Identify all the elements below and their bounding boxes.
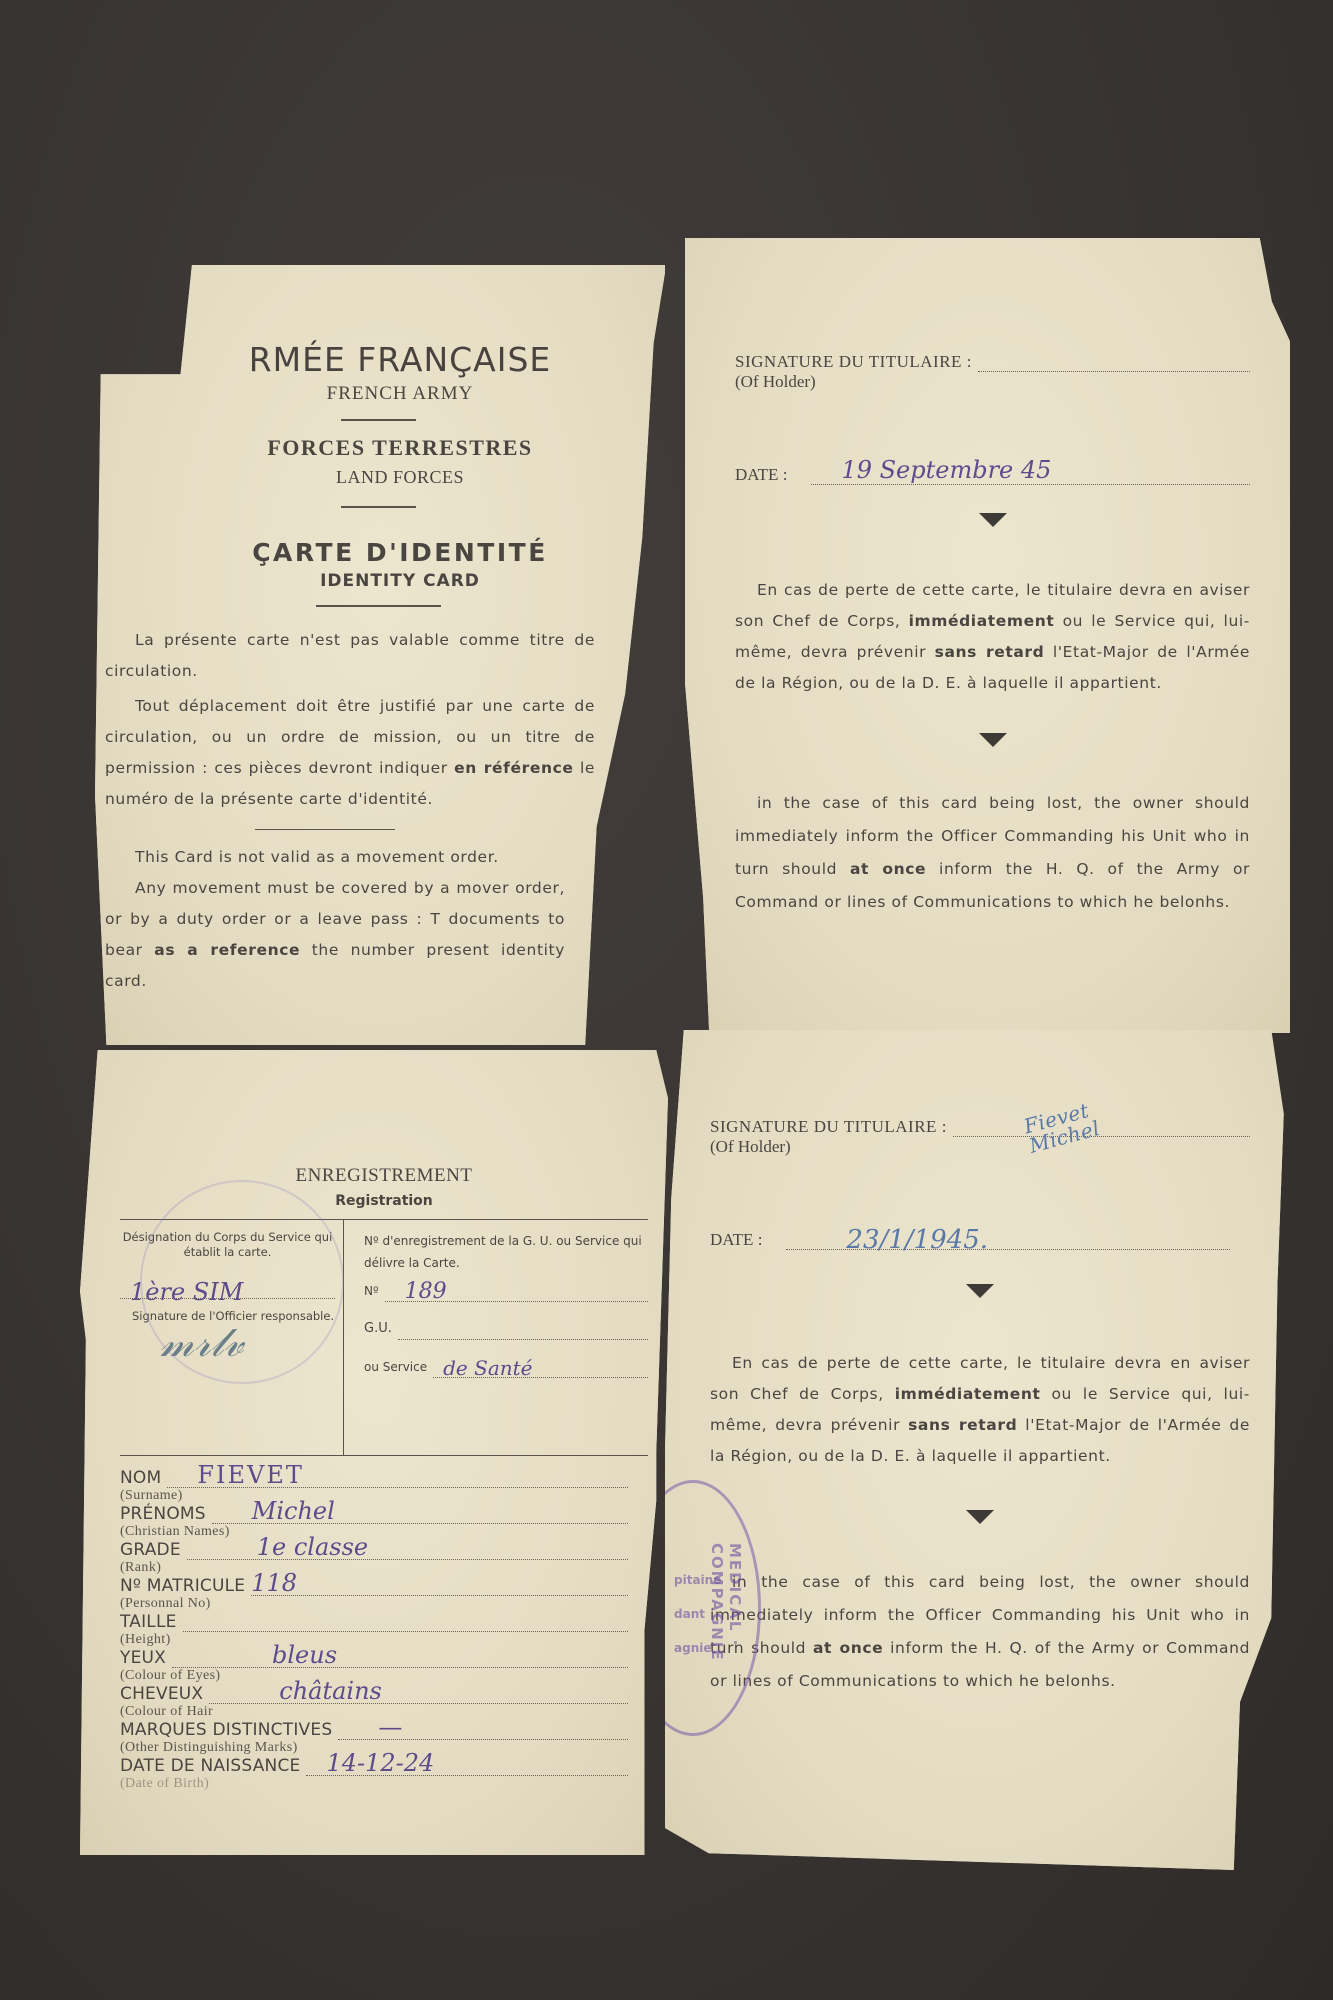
loss-notice-en: in the case of this card being lost, the… (710, 1566, 1250, 1698)
loss-notice-fr: En cas de perte de cette carte, le titul… (710, 1348, 1250, 1472)
no-label: Nº (364, 1280, 379, 1302)
date-value: 23/1/1945. (846, 1225, 988, 1255)
arrow-down-icon (979, 733, 1007, 747)
designation-value: 1ère SIM (130, 1285, 243, 1300)
rank-value: 1e classe (257, 1533, 368, 1561)
signature-row: SIGNATURE DU TITULAIRE : Fievet Michel (710, 1117, 1250, 1137)
loss-notice-fr: En cas de perte de cette carte, le titul… (735, 575, 1250, 699)
gu-row: G.U. (364, 1318, 648, 1340)
notice-en-2: Any movement must be covered by a mover … (105, 873, 595, 997)
gu-line (398, 1325, 648, 1340)
divider (255, 829, 395, 830)
eye-colour-value: bleus (272, 1641, 337, 1669)
birth-date-value: 14-12-24 (326, 1749, 434, 1777)
reg-number-cell: Nº d'enregistrement de la G. U. ou Servi… (344, 1220, 648, 1455)
army-title-fr: RMÉE FRANÇAISE (95, 340, 665, 379)
arrow-down-icon (966, 1284, 994, 1298)
signature-row: SIGNATURE DU TITULAIRE : (735, 352, 1250, 372)
identity-field-nom: NOMFIEVET (Surname) (120, 1468, 628, 1504)
signature-line (978, 357, 1250, 372)
forces-title-fr: FORCES TERRESTRES (95, 435, 665, 461)
no-line: 189 (385, 1287, 648, 1302)
identity-field-naissance: DATE DE NAISSANCE14-12-24 (Date of Birth… (120, 1756, 628, 1792)
stamp-inner-text: pitaine dant agnie (674, 1563, 721, 1665)
army-title-en: FRENCH ARMY (95, 383, 665, 405)
arrow-down-icon (979, 513, 1007, 527)
loss-notice-en: in the case of this card being lost, the… (735, 787, 1250, 919)
service-label: ou Service (364, 1356, 427, 1378)
registration-panel: ENREGISTREMENT Registration Désignation … (80, 1050, 668, 1855)
notice-fr-2: Tout déplacement doit être justifié par … (105, 691, 595, 815)
identity-card-front: RMÉE FRANÇAISE FRENCH ARMY FORCES TERRES… (95, 265, 665, 1045)
registration-title: ENREGISTREMENT (80, 1165, 668, 1187)
holder-panel-top: SIGNATURE DU TITULAIRE : (Of Holder) DAT… (685, 238, 1290, 1033)
signature-label: SIGNATURE DU TITULAIRE : (710, 1117, 947, 1137)
gu-label: G.U. (364, 1318, 392, 1340)
identity-field-prenoms: PRÉNOMSMichel (Christian Names) (120, 1504, 628, 1540)
hair-colour-value: châtains (279, 1677, 382, 1705)
date-value: 19 Septembre 45 (841, 456, 1051, 484)
notice-fr-1: La présente carte n'est pas valable comm… (105, 625, 595, 687)
identity-field-taille: TAILLE (Height) (120, 1612, 628, 1648)
signature-label: SIGNATURE DU TITULAIRE : (735, 352, 972, 372)
signature-sub: (Of Holder) (710, 1137, 1250, 1157)
first-name-value: Michel (252, 1497, 335, 1525)
no-row: Nº 189 (364, 1280, 648, 1302)
divider (341, 419, 416, 421)
service-value: de Santé (443, 1357, 532, 1379)
divider (341, 506, 416, 508)
holder-panel-bottom: MEDICAL · COMPAGNIE pitaine dant agnie S… (665, 1030, 1290, 1870)
notice-en-1: This Card is not valid as a movement ord… (105, 842, 595, 873)
date-row: DATE : 19 Septembre 45 (735, 464, 1250, 485)
distinguishing-marks-value: — (378, 1713, 402, 1741)
date-line: 19 Septembre 45 (811, 464, 1250, 485)
date-label: DATE : (710, 1230, 762, 1250)
service-row: ou Service de Santé (364, 1356, 648, 1378)
date-label: DATE : (735, 465, 787, 485)
no-value: 189 (405, 1281, 447, 1303)
reg-number-label: Nº d'enregistrement de la G. U. ou Servi… (364, 1230, 648, 1274)
signature-sub: (Of Holder) (735, 372, 1250, 392)
service-line: de Santé (433, 1363, 648, 1378)
date-line: 23/1/1945. (786, 1229, 1230, 1250)
identity-fields: NOMFIEVET (Surname) PRÉNOMSMichel (Chris… (80, 1456, 668, 1792)
card-title-fr: ÇARTE D'IDENTITÉ (95, 538, 665, 567)
designation-line: 1ère SIM (120, 1266, 335, 1299)
personal-no-value: 118 (251, 1569, 297, 1597)
arrow-down-icon (966, 1510, 994, 1524)
identity-field-cheveux: CHEVEUXchâtains (Colour of Hair (120, 1684, 628, 1720)
identity-field-matricule: Nº MATRICULE118 (Personnal No) (120, 1576, 628, 1612)
date-row: DATE : 23/1/1945. (710, 1229, 1250, 1250)
forces-title-en: LAND FORCES (95, 467, 665, 488)
card-title-en: IDENTITY CARD (95, 571, 665, 591)
surname-value: FIEVET (197, 1461, 304, 1489)
identity-field-grade: GRADE1e classe (Rank) (120, 1540, 628, 1576)
registration-subtitle: Registration (80, 1193, 668, 1209)
